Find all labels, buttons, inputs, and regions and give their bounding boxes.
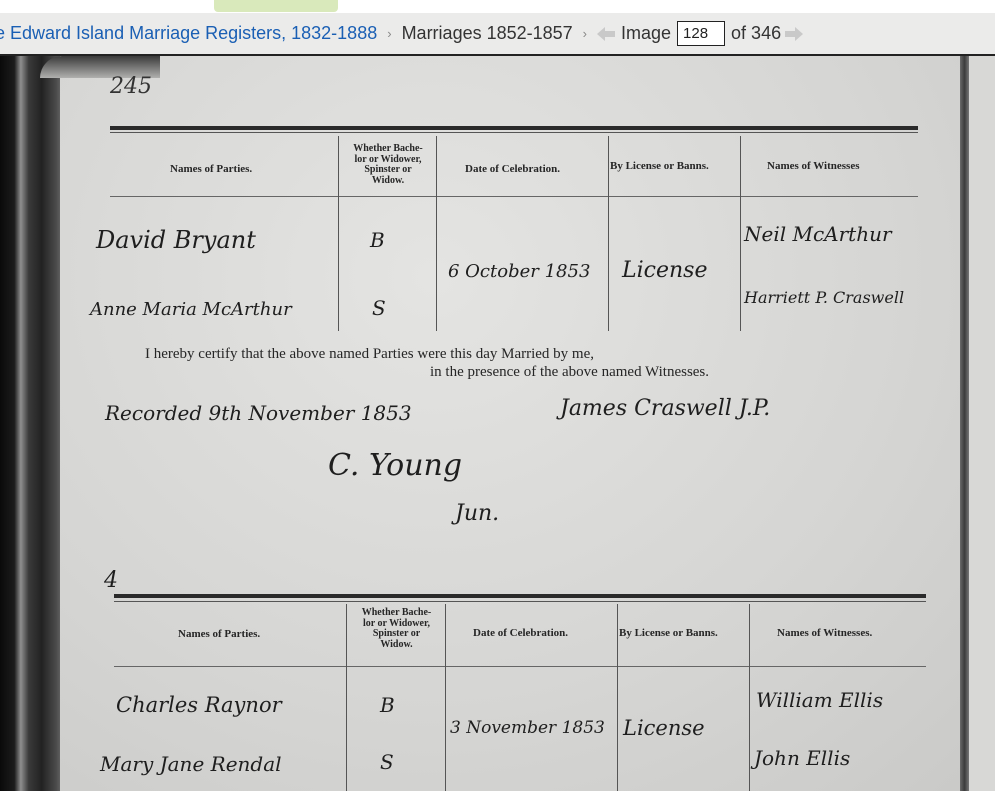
witness-1: William Ellis xyxy=(756,688,883,712)
registrar-suffix: Jun. xyxy=(455,501,499,526)
adjacent-page xyxy=(969,56,995,791)
col-divider xyxy=(338,136,339,331)
col-divider xyxy=(749,604,750,791)
header-names-of-witnesses: Names of Witnesses xyxy=(767,160,859,172)
breadcrumb-current-set: Marriages 1852-1857 xyxy=(402,23,573,44)
table1-top-rule xyxy=(110,126,918,130)
groom-status: B xyxy=(370,228,385,252)
table2-top-rule-thin xyxy=(114,601,926,602)
certification-line-2: in the presence of the above named Witne… xyxy=(430,364,709,381)
image-label: Image xyxy=(621,23,671,44)
page-number: 245 xyxy=(110,74,152,99)
image-total: of 346 xyxy=(731,23,781,44)
witness-2: Harriett P. Craswell xyxy=(744,288,904,307)
header-date-of-celebration: Date of Celebration. xyxy=(465,163,560,175)
groom-name: David Bryant xyxy=(96,226,256,254)
header-marital-status: Whether Bache- lor or Widower, Spinster … xyxy=(348,608,445,650)
groom-status: B xyxy=(380,693,395,717)
col-divider xyxy=(436,136,437,331)
marriage-date: 6 October 1853 xyxy=(448,261,590,282)
image-viewer[interactable]: 245 Names of Parties. Whether Bache- lor… xyxy=(0,54,995,791)
header-names-of-parties: Names of Parties. xyxy=(178,628,260,640)
table1-top-rule-thin xyxy=(110,132,918,133)
table2-header-rule xyxy=(114,666,926,667)
col-divider xyxy=(617,604,618,791)
bride-status: S xyxy=(372,296,386,320)
recorded-date: Recorded 9th November 1853 xyxy=(105,401,412,425)
col-divider xyxy=(608,136,609,331)
header-marital-status: Whether Bache- lor or Widower, Spinster … xyxy=(340,144,436,186)
bride-name: Mary Jane Rendal xyxy=(100,752,282,776)
marriage-date: 3 November 1853 xyxy=(450,718,605,738)
col-divider xyxy=(740,136,741,331)
image-navigation-bar: e Edward Island Marriage Registers, 1832… xyxy=(0,13,995,54)
register-page-image: 245 Names of Parties. Whether Bache- lor… xyxy=(60,56,995,791)
image-number-input[interactable] xyxy=(677,21,725,46)
active-tab-indicator[interactable] xyxy=(214,0,338,12)
col-divider xyxy=(346,604,347,791)
chevron-right-icon: › xyxy=(387,26,391,41)
header-license-or-banns: By License or Banns. xyxy=(619,627,718,639)
groom-name: Charles Raynor xyxy=(116,693,282,717)
witness-2: John Ellis xyxy=(754,746,850,770)
breadcrumb-collection-link[interactable]: e Edward Island Marriage Registers, 1832… xyxy=(0,23,377,44)
bride-name: Anne Maria McArthur xyxy=(90,299,292,320)
license-type: License xyxy=(623,716,705,740)
col-divider xyxy=(445,604,446,791)
table2-top-rule xyxy=(114,594,926,598)
entry-marker: 4 xyxy=(104,568,118,593)
page-right-edge xyxy=(960,56,969,791)
officiant-signature: James Craswell J.P. xyxy=(560,396,770,421)
bride-status: S xyxy=(380,750,394,774)
table1-header-rule xyxy=(110,196,918,197)
license-type: License xyxy=(622,258,707,283)
registrar-signature: C. Young xyxy=(328,448,462,483)
arrow-left-icon[interactable] xyxy=(597,27,615,41)
chevron-right-icon: › xyxy=(583,26,587,41)
witness-1: Neil McArthur xyxy=(744,222,892,246)
header-names-of-witnesses: Names of Witnesses. xyxy=(777,627,872,639)
header-date-of-celebration: Date of Celebration. xyxy=(473,627,568,639)
header-license-or-banns: By License or Banns. xyxy=(610,160,709,172)
arrow-right-icon[interactable] xyxy=(785,27,803,41)
header-names-of-parties: Names of Parties. xyxy=(170,163,252,175)
top-strip xyxy=(0,0,995,13)
certification-line-1: I hereby certify that the above named Pa… xyxy=(145,346,594,363)
